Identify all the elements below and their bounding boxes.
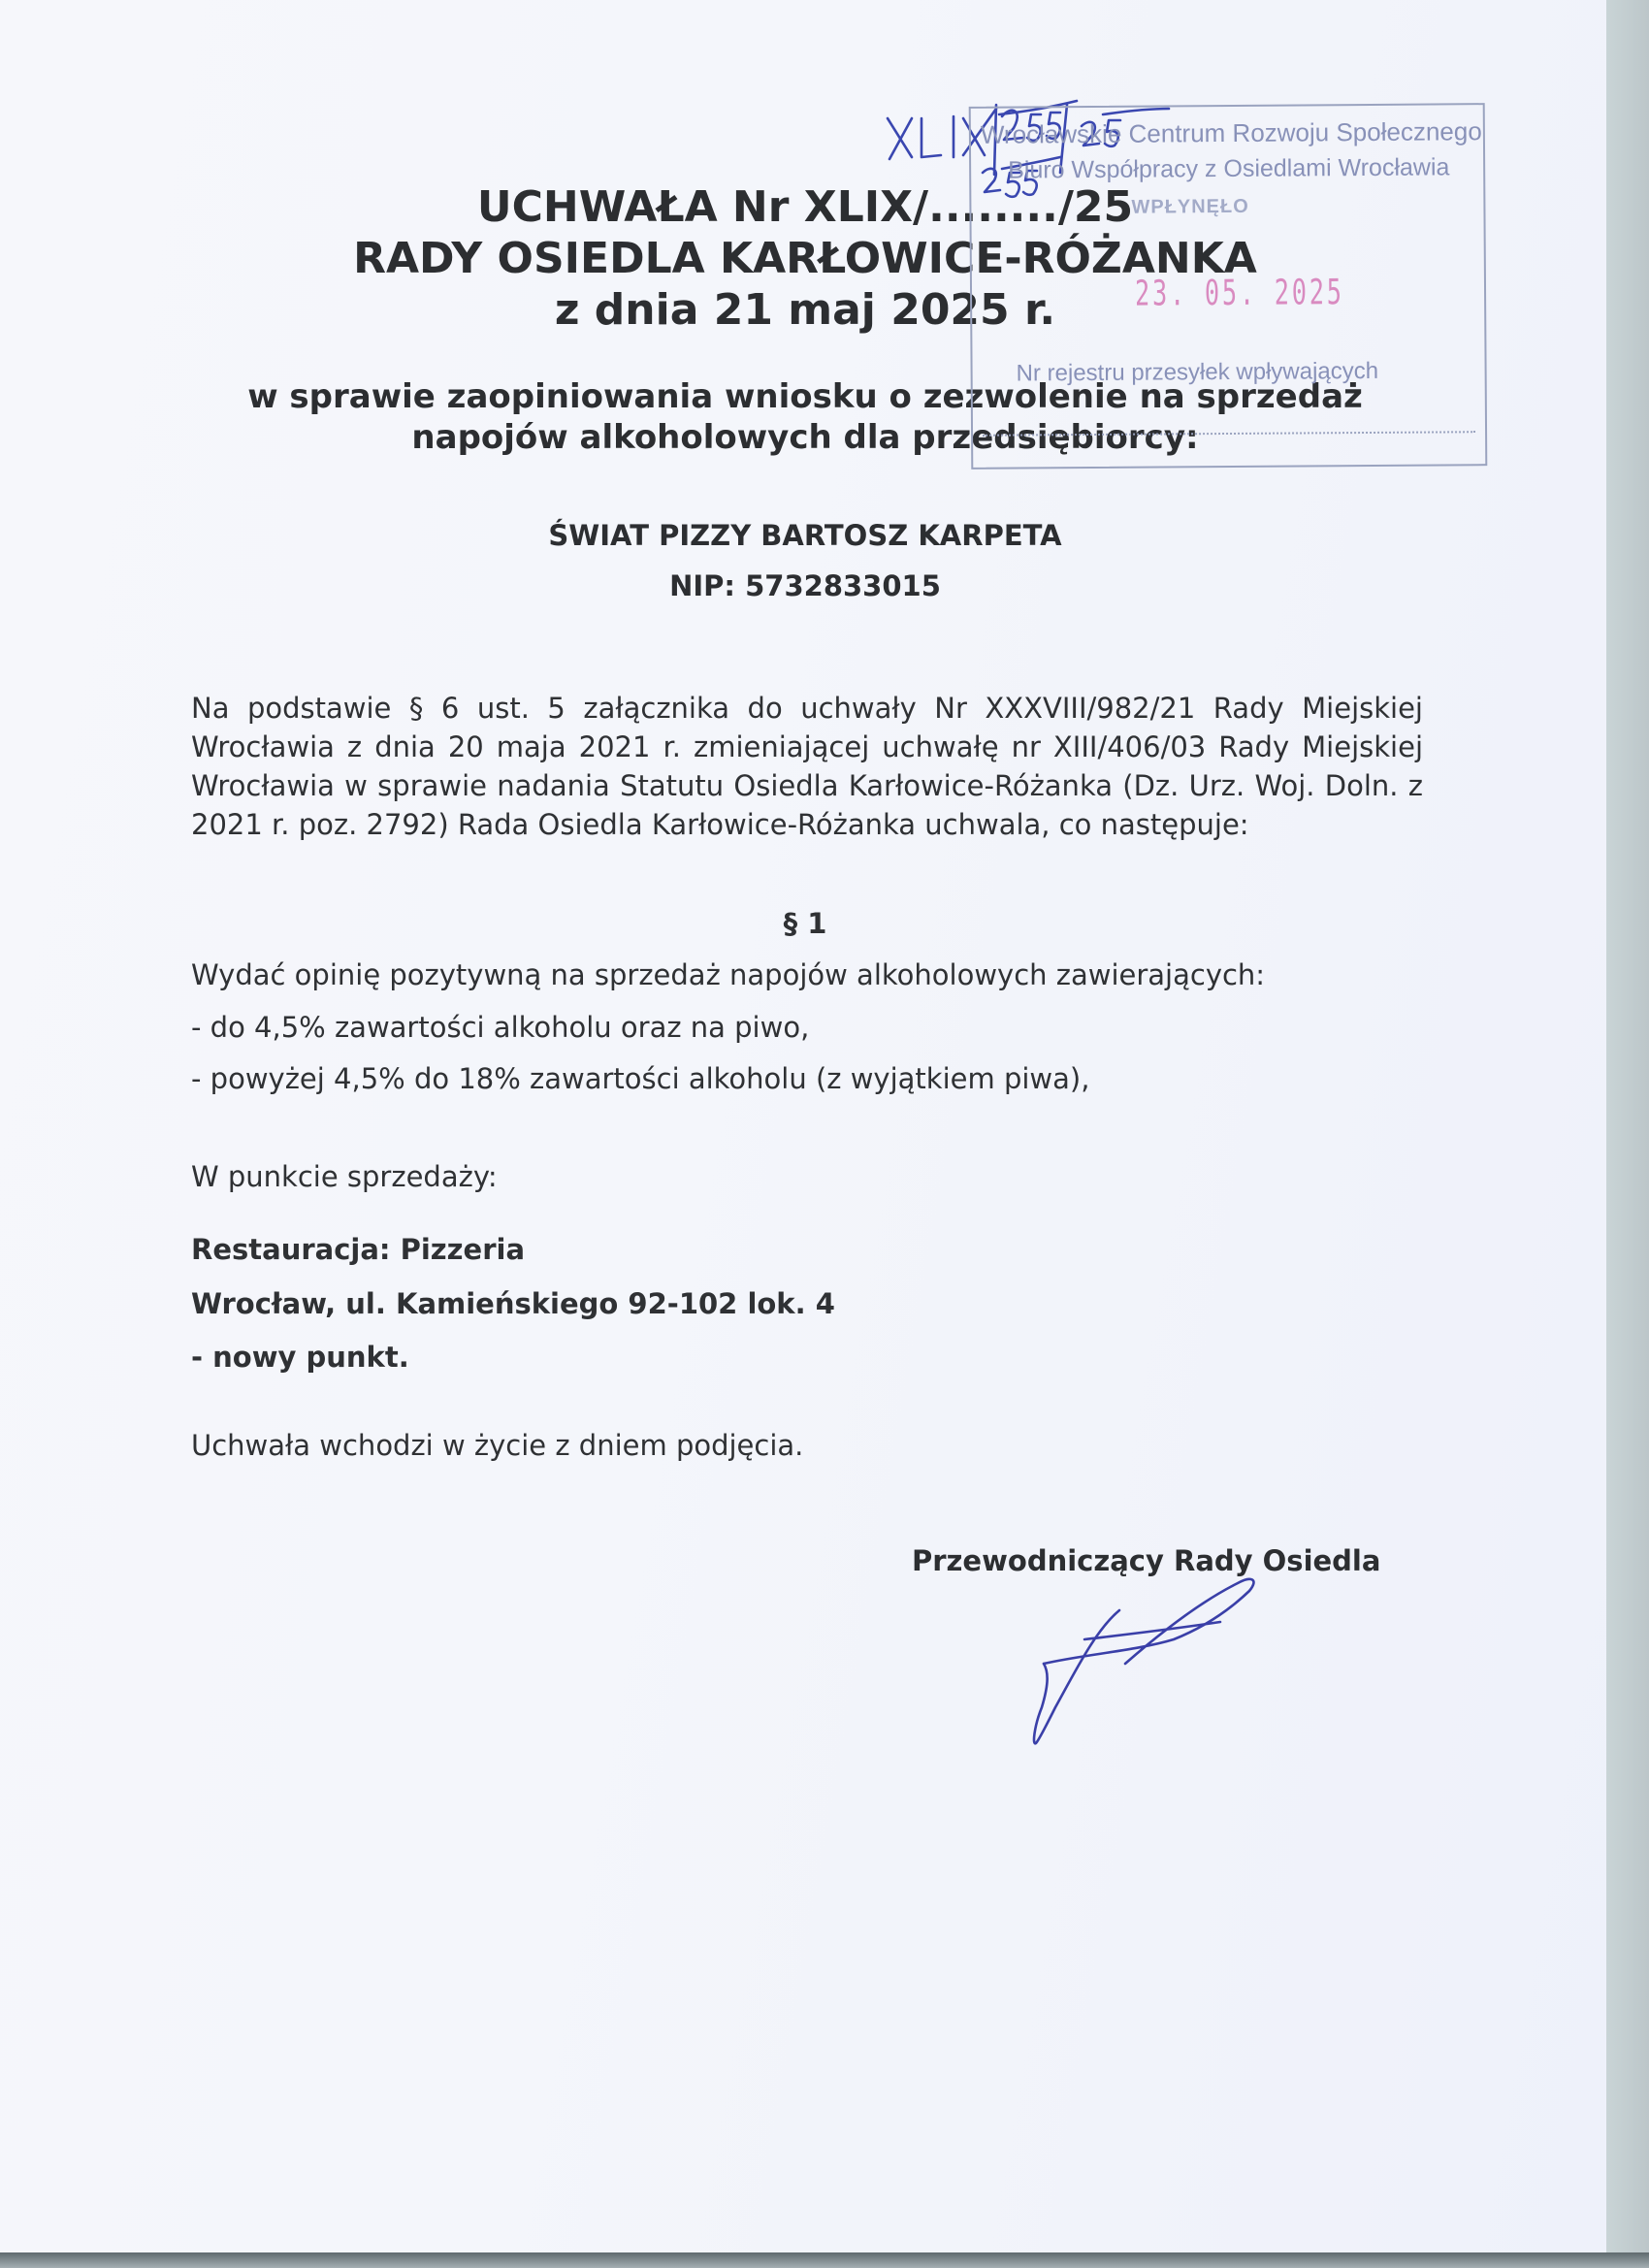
stamp-received-date: 23. 05. 2025 [1135,273,1344,314]
effective-clause: Uchwała wchodzi w życie z dniem podjęcia… [191,1429,803,1462]
sales-point-address: Wrocław, ul. Kamieńskiego 92-102 lok. 4 [191,1287,835,1320]
opinion-item: - powyżej 4,5% do 18% zawartości alkohol… [191,1062,1089,1095]
scanner-edge-bottom [0,2252,1649,2268]
scanned-page: UCHWAŁA Nr XLIX/......../25 RADY OSIEDLA… [0,0,1607,2252]
section-mark: § 1 [145,907,1465,940]
legal-basis-paragraph: Na podstawie § 6 ust. 5 załącznika do uc… [191,689,1423,844]
stamp-organization: Wrocławskie Centrum Rozwoju Społecznego [981,116,1482,150]
stamp-register-field [983,431,1475,437]
company-name: ŚWIAT PIZZY BARTOSZ KARPETA [145,519,1465,552]
sales-point-label: W punkcie sprzedaży: [191,1160,498,1193]
opinion-intro: Wydać opinię pozytywną na sprzedaż napoj… [191,958,1265,991]
stamp-received-label: WPŁYNĘŁO [1131,196,1249,219]
scanner-edge-right [1606,0,1649,2268]
sales-point-type: Restauracja: Pizzeria [191,1233,525,1266]
stamp-register-label: Nr rejestru przesyłek wpływających [1017,358,1379,388]
reception-stamp: Wrocławskie Centrum Rozwoju Społecznego … [969,103,1488,470]
opinion-item: - do 4,5% zawartości alkoholu oraz na pi… [191,1011,809,1044]
company-nip: NIP: 5732833015 [145,569,1465,602]
sales-point-note: - nowy punkt. [191,1341,409,1374]
stamp-department: Biuro Współpracy z Osiedlami Wrocławia [1008,153,1449,184]
signature-icon [1009,1562,1300,1756]
